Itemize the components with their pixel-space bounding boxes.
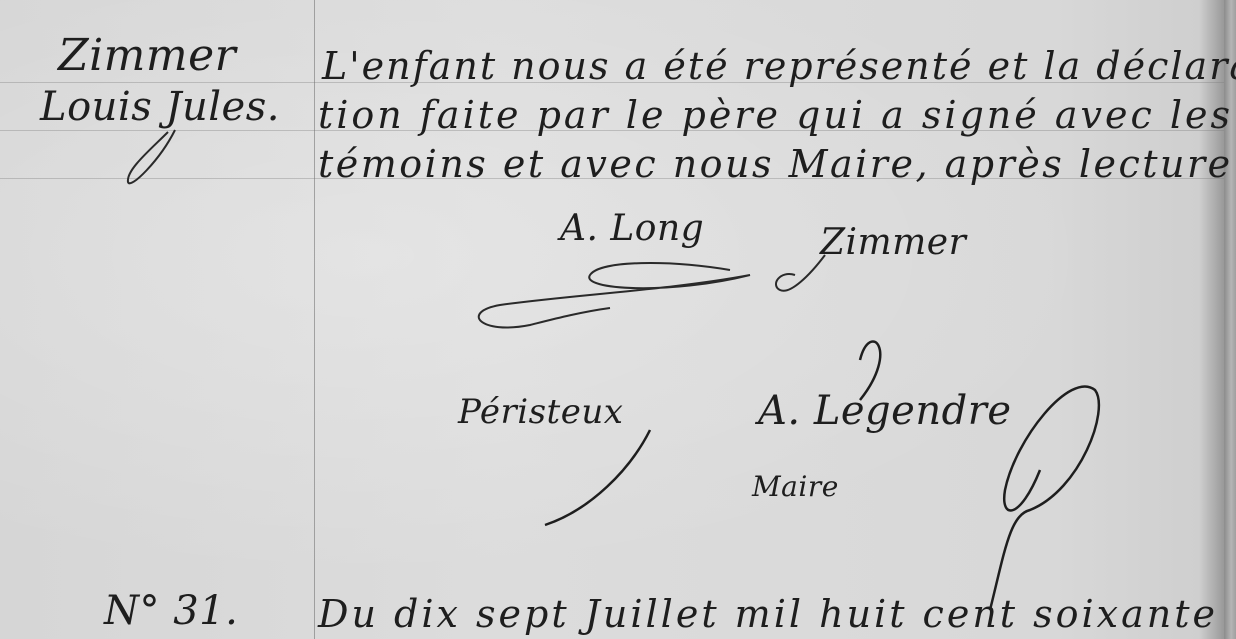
register-page: Zimmer Louis Jules. L'enfant nous a été …: [0, 0, 1236, 639]
margin-surname: Zimmer: [58, 30, 236, 81]
witness-2-signature-flourish: [530, 420, 670, 530]
next-entry-number: N° 31.: [104, 588, 238, 634]
body-line-1: L'enfant nous a été représenté et la déc…: [322, 44, 1236, 88]
father-signature-flourish: [770, 250, 850, 300]
given-name-descender-flourish: [120, 120, 200, 200]
margin-rule: [314, 0, 315, 639]
witness-1-signature-flourish: [470, 250, 770, 340]
mayor-title: Maire: [752, 470, 839, 503]
body-line-3: témoins et avec nous Maire, après lectur…: [318, 142, 1236, 186]
body-line-2: tion faite par le père qui a signé avec …: [318, 93, 1233, 137]
next-entry-line: Du dix sept Juillet mil huit cent soixan…: [318, 592, 1218, 636]
signature-witness-1: A. Long: [560, 208, 704, 249]
